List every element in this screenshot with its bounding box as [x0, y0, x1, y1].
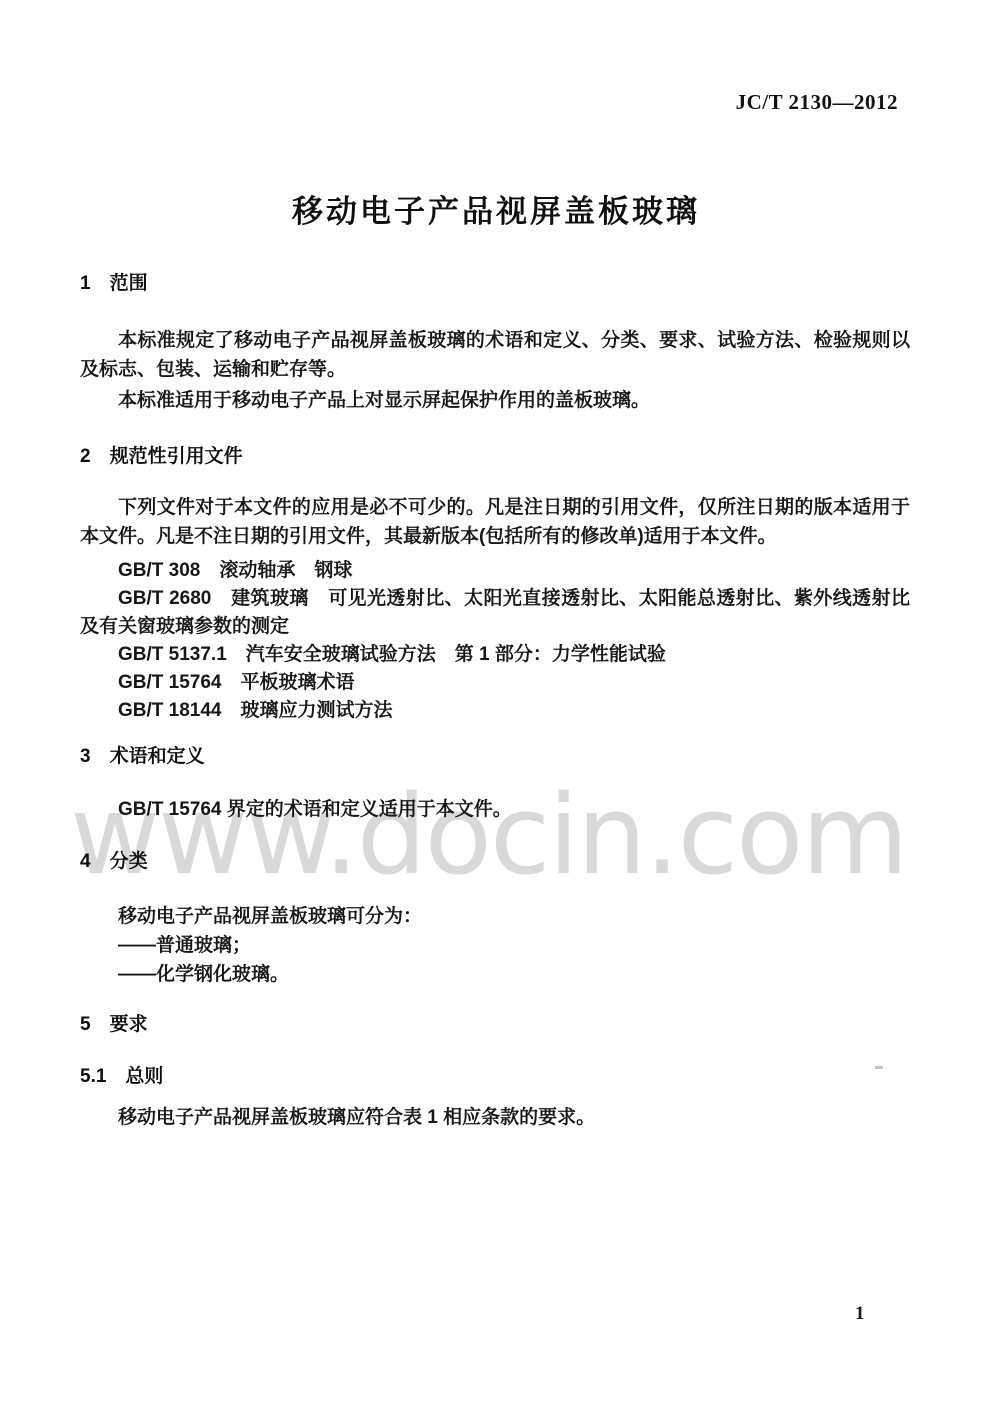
section-title: 分类: [110, 851, 148, 872]
section-heading-scope: 1范围: [80, 272, 910, 296]
paragraph: 下列文件对于本文件的应用是必不可少的。凡是注日期的引用文件，仅所注日期的版本适用…: [80, 493, 910, 551]
standard-code: JC/T 2130—2012: [736, 90, 898, 115]
paragraph: 本标准适用于移动电子产品上对显示屏起保护作用的盖板玻璃。: [80, 386, 910, 415]
section-heading-general: 5.1总则: [80, 1065, 910, 1089]
section-title: 术语和定义: [110, 746, 205, 767]
paragraph: GB/T 15764 界定的术语和定义适用于本文件。: [80, 795, 910, 824]
section-heading-requirements: 5要求: [80, 1013, 910, 1037]
section-number: 4: [80, 850, 91, 874]
section-number: 3: [80, 745, 91, 769]
reference-item: GB/T 308 滚动轴承 钢球: [80, 557, 910, 585]
document-title: 移动电子产品视屏盖板玻璃: [0, 186, 992, 231]
reference-item: GB/T 15764 平板玻璃术语: [80, 669, 910, 697]
reference-item: GB/T 18144 玻璃应力测试方法: [80, 697, 910, 725]
section-title: 规范性引用文件: [110, 446, 243, 467]
section-number: 1: [80, 272, 91, 296]
reference-item: GB/T 2680 建筑玻璃 可见光透射比、太阳光直接透射比、太阳能总透射比、紫…: [80, 585, 910, 641]
section-number: 2: [80, 445, 91, 469]
scan-artifact: [875, 1066, 883, 1069]
reference-item: GB/T 5137.1 汽车安全玻璃试验方法 第 1 部分：力学性能试验: [80, 641, 910, 669]
section-heading-terms: 3术语和定义: [80, 745, 910, 769]
section-number: 5.1: [80, 1065, 106, 1089]
list-item: ——普通玻璃；: [80, 931, 910, 960]
paragraph: 本标准规定了移动电子产品视屏盖板玻璃的术语和定义、分类、要求、试验方法、检验规则…: [80, 326, 910, 384]
document-body: 1范围 本标准规定了移动电子产品视屏盖板玻璃的术语和定义、分类、要求、试验方法、…: [80, 272, 910, 1132]
section-title: 范围: [110, 273, 148, 294]
list-item: ——化学钢化玻璃。: [80, 960, 910, 989]
document-page: www.docin.com JC/T 2130—2012 移动电子产品视屏盖板玻…: [0, 0, 992, 1404]
section-title: 要求: [110, 1014, 148, 1035]
section-heading-classification: 4分类: [80, 850, 910, 874]
section-number: 5: [80, 1013, 91, 1037]
page-number: 1: [855, 1303, 865, 1325]
paragraph: 移动电子产品视屏盖板玻璃应符合表 1 相应条款的要求。: [80, 1103, 910, 1132]
paragraph: 移动电子产品视屏盖板玻璃可分为：: [80, 902, 910, 931]
section-heading-normative-references: 2规范性引用文件: [80, 445, 910, 469]
section-title: 总则: [125, 1066, 163, 1087]
